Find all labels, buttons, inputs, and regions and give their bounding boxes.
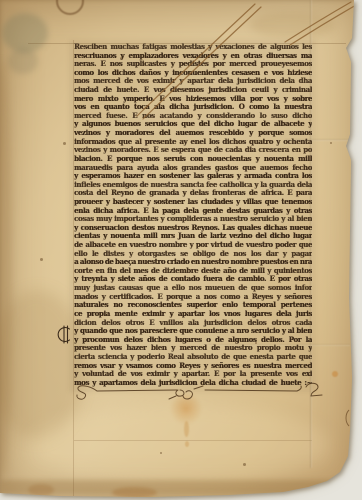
manuscript-line: infieles enemigos de nuestra sancta fee …	[74, 181, 312, 190]
pen-mark-right-edge-icon	[346, 410, 349, 426]
edge-roll-bottom	[0, 480, 350, 494]
manuscript-line: merced fuese. E nos acatando y considera…	[74, 112, 312, 121]
stain-orange-drip-dot	[185, 441, 189, 447]
manuscript-line: y quando que nos paresciere que conuiene…	[74, 327, 312, 336]
mottle-left-edge	[0, 60, 12, 480]
manuscript-line: y voluntad de vos eximir y apartar. E po…	[74, 370, 312, 379]
calderon-paragraph-mark-icon	[58, 326, 69, 343]
manuscript-line: blacion. E porque nos seruis con nouecie…	[74, 155, 312, 164]
manuscript-line: vezinos y moradores. E se espera que de …	[74, 146, 312, 155]
manuscript-line: enla dicha africa. E la paga dela gente …	[74, 207, 312, 216]
wash-bottom-light	[30, 405, 330, 485]
manuscript-line: mero mixto ymperio. E vos hiziesemos vil…	[74, 95, 312, 104]
stain-green-topleft-2	[8, 48, 38, 74]
manuscript-line: corte en fin del mes de diziembre deste …	[74, 267, 312, 276]
manuscript-line: ciudad de huete. E vos diesemos jurisdic…	[74, 86, 312, 95]
manuscript-line: y conseruacion destos nuestros Reynos. L…	[74, 224, 312, 233]
stain-orange-drip	[184, 421, 189, 437]
freckle	[63, 142, 66, 145]
manuscript-line: mados y certificados. E porque a nos com…	[74, 293, 312, 302]
manuscript-line: proueer y bastecer y sostener las ciudad…	[74, 198, 312, 207]
manuscript-line: y treynta y siete años de contado fuera …	[74, 275, 312, 284]
ring-stain-top	[56, 0, 84, 15]
manuscript-line: muy justas causas que a ello nos mueuen …	[74, 284, 312, 293]
manuscript-page-wrap: Resciben muchas fatigas molestias y vexa…	[0, 0, 362, 500]
cancellation-stroke-icon	[285, 2, 351, 42]
manuscript-line: marauedis para ayuda alos grandes gastos…	[74, 164, 312, 173]
ruling-line-bottom-faint	[74, 440, 312, 441]
stain-dot-right	[332, 371, 338, 377]
blotch-bottom-left-2	[28, 484, 54, 496]
manuscript-line: cierta sciencia y poderio Real absoluto …	[74, 353, 312, 362]
mottle-top-right	[250, 12, 335, 38]
manuscript-line: mos y apartamos dela jurisdicion dela di…	[74, 379, 312, 388]
manuscript-line: y esperamos hazer en sostener las galera…	[74, 172, 312, 181]
manuscript-line: informados que al presente ay enel los d…	[74, 138, 312, 147]
manuscript-line: y procomun delos dichos lugares o de alg…	[74, 336, 312, 345]
blotch-bottom-left	[112, 487, 157, 498]
manuscript-line: cosas muy importantes y complideras a nu…	[74, 215, 312, 224]
manuscript-line: a alonso de baeça nuestro criado en nues…	[74, 258, 312, 267]
freckle	[243, 463, 246, 466]
manuscript-page: Resciben muchas fatigas molestias y vexa…	[0, 0, 362, 500]
stain-orange-bottom	[170, 393, 202, 425]
manuscript-text: Resciben muchas fatigas molestias y vexa…	[74, 43, 312, 387]
manuscript-line: ello le distes y otorgastes se obligo de…	[74, 250, 312, 259]
manuscript-line: neras. E nos suplicastes y pedistes por …	[74, 60, 312, 69]
manuscript-line: Resciben muchas fatigas molestias y vexa…	[74, 43, 312, 52]
freckle	[40, 258, 43, 261]
manuscript-line: de albacete en vuestro nombre y por virt…	[74, 241, 312, 250]
cancellation-stroke-icon	[290, 5, 356, 45]
manuscript-line: dicion delos otros E vnillos ala jurisdi…	[74, 319, 312, 328]
manuscript-line: remos vsar y vsamos como Reyes y señores…	[74, 362, 312, 371]
freckle	[160, 452, 162, 454]
scan-background: Resciben muchas fatigas molestias y vexa…	[0, 0, 362, 500]
manuscript-line: costa del Reyno de granada y delas front…	[74, 189, 312, 198]
freckle	[330, 142, 332, 144]
manuscript-line: vezinos y moradores del auemos rescebido…	[74, 129, 312, 138]
manuscript-line: rescriuanos y emplazadores vexadores y e…	[74, 52, 312, 61]
manuscript-line: como los dichos daños y inconuenientes c…	[74, 69, 312, 78]
manuscript-line: presente vos hazer bien y merced de nues…	[74, 344, 312, 353]
manuscript-line: naturales no reconoscientes superior enl…	[74, 301, 312, 310]
manuscript-line: y algunos buenos seruicios que del dicho…	[74, 120, 312, 129]
manuscript-line: mos merced de vos eximir y apartar dela …	[74, 77, 312, 86]
manuscript-line: vos en quanto toca ala dicha jurisdicion…	[74, 103, 312, 112]
manuscript-line: cientas y nouenta mill mrs Juan de lariz…	[74, 232, 312, 241]
manuscript-line: ce propia mente eximir y apartar los vno…	[74, 310, 312, 319]
stain-green-topleft	[2, 13, 48, 53]
